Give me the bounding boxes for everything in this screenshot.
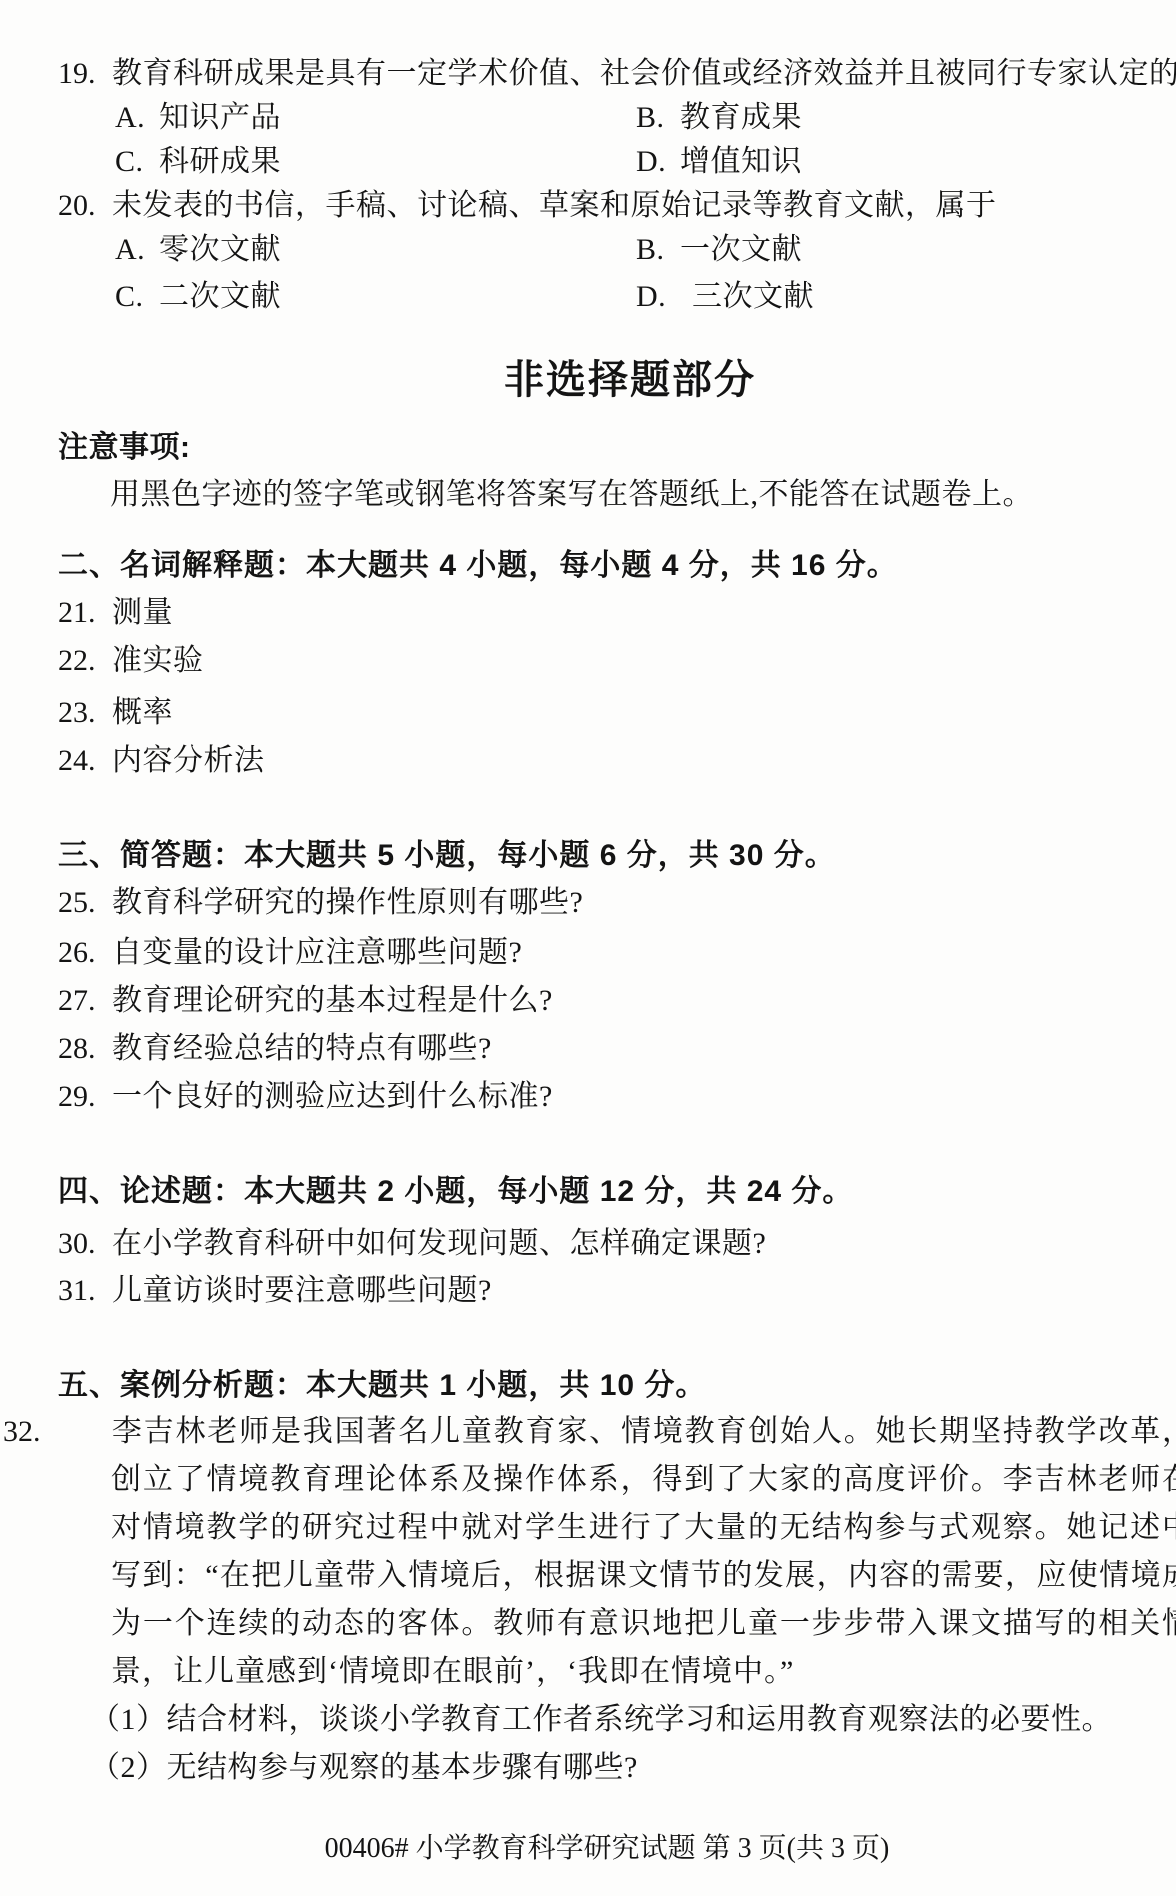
question-20-stem: 20.未发表的书信，手稿、讨论稿、草案和原始记录等教育文献，属于 (58, 188, 997, 224)
question-32-sub-2: （2）无结构参与观察的基本步骤有哪些? (90, 1750, 638, 1786)
section-2-title: 二、名词解释题：本大题共 4 小题，每小题 4 分，共 16 分。 (58, 548, 898, 584)
item-number: 28. (58, 1031, 112, 1067)
option-text: 一次文献 (680, 233, 802, 266)
question-20-option-d: D.三次文献 (636, 279, 814, 315)
section-4-title: 四、论述题：本大题共 2 小题，每小题 12 分，共 24 分。 (58, 1174, 853, 1210)
item-25: 25.教育科学研究的操作性原则有哪些? (58, 885, 583, 921)
item-28: 28.教育经验总结的特点有哪些? (58, 1031, 492, 1067)
item-number: 22. (58, 643, 112, 679)
page-footer: 00406# 小学教育科学研究试题 第 3 页(共 3 页) (325, 1826, 890, 1866)
option-label: B. (636, 232, 680, 268)
item-number: 31. (58, 1273, 112, 1309)
question-20-option-c: C.二次文献 (115, 279, 281, 315)
item-number: 26. (58, 935, 112, 971)
exam-page: 19.教育科研成果是具有一定学术价值、社会价值或经济效益并且被同行专家认定的 A… (0, 0, 1176, 1896)
item-text: 准实验 (112, 644, 204, 677)
question-19-option-b: B.教育成果 (636, 100, 802, 136)
option-label: C. (115, 279, 159, 315)
item-text: 测量 (112, 596, 173, 629)
question-20-option-b: B.一次文献 (636, 232, 802, 268)
part-header: 非选择题部分 (504, 348, 756, 405)
item-number: 23. (58, 695, 112, 731)
item-27: 27.教育理论研究的基本过程是什么? (58, 983, 553, 1019)
item-number: 27. (58, 983, 112, 1019)
item-text: 概率 (112, 696, 173, 729)
case-text: 李吉林老师是我国著名儿童教育家、情境教育创始人。她长期坚持教学改革，创立了情境教… (111, 1415, 1176, 1688)
option-text: 增值知识 (680, 145, 802, 178)
question-number: 20. (58, 188, 112, 224)
question-number: 19. (58, 56, 112, 92)
question-text: 教育科研成果是具有一定学术价值、社会价值或经济效益并且被同行专家认定的 (112, 57, 1176, 90)
item-number: 25. (58, 885, 112, 921)
option-text: 二次文献 (159, 280, 281, 313)
item-26: 26.自变量的设计应注意哪些问题? (58, 935, 522, 971)
item-text: 内容分析法 (112, 744, 265, 777)
item-text: 教育经验总结的特点有哪些? (112, 1032, 492, 1065)
option-label: A. (115, 100, 159, 136)
section-3-title: 三、简答题：本大题共 5 小题，每小题 6 分，共 30 分。 (58, 838, 836, 874)
item-text: 教育科学研究的操作性原则有哪些? (112, 886, 583, 919)
notice-title: 注意事项: (58, 430, 191, 466)
option-label: B. (636, 100, 680, 136)
item-21: 21.测量 (58, 595, 173, 631)
notice-body: 用黑色字迹的签字笔或钢笔将答案写在答题纸上,不能答在试题卷上。 (110, 477, 1033, 513)
question-19-option-c: C.科研成果 (115, 144, 281, 180)
section-5-title: 五、案例分析题：本大题共 1 小题，共 10 分。 (58, 1368, 706, 1404)
option-label: C. (115, 144, 159, 180)
option-text: 零次文献 (159, 233, 281, 266)
item-22: 22.准实验 (58, 643, 204, 679)
item-29: 29.一个良好的测验应达到什么标准? (58, 1079, 553, 1115)
item-number: 21. (58, 595, 112, 631)
question-32-sub-1: （1）结合材料，谈谈小学教育工作者系统学习和运用教育观察法的必要性。 (90, 1702, 1112, 1738)
question-20-option-a: A.零次文献 (115, 232, 281, 268)
question-text: 未发表的书信，手稿、讨论稿、草案和原始记录等教育文献，属于 (112, 189, 997, 222)
option-text: 知识产品 (159, 101, 281, 134)
item-23: 23.概率 (58, 695, 173, 731)
item-24: 24.内容分析法 (58, 743, 265, 779)
item-text: 教育理论研究的基本过程是什么? (112, 984, 553, 1017)
option-label: D. (636, 279, 692, 315)
question-32-case: 32.李吉林老师是我国著名儿童教育家、情境教育创始人。她长期坚持教学改革，创立了… (57, 1408, 1176, 1696)
item-text: 儿童访谈时要注意哪些问题? (112, 1274, 492, 1307)
item-31: 31.儿童访谈时要注意哪些问题? (58, 1273, 492, 1309)
question-19-stem: 19.教育科研成果是具有一定学术价值、社会价值或经济效益并且被同行专家认定的 (58, 56, 1176, 92)
item-number: 30. (58, 1226, 112, 1262)
question-19-option-d: D.增值知识 (636, 144, 802, 180)
item-text: 在小学教育科研中如何发现问题、怎样确定课题? (112, 1227, 766, 1260)
item-text: 一个良好的测验应达到什么标准? (112, 1080, 553, 1113)
item-text: 自变量的设计应注意哪些问题? (112, 936, 522, 969)
option-text: 教育成果 (680, 101, 802, 134)
option-label: D. (636, 144, 680, 180)
option-label: A. (115, 232, 159, 268)
option-text: 科研成果 (159, 145, 281, 178)
item-number: 29. (58, 1079, 112, 1115)
item-30: 30.在小学教育科研中如何发现问题、怎样确定课题? (58, 1226, 766, 1262)
question-number: 32. (57, 1408, 111, 1456)
item-number: 24. (58, 743, 112, 779)
question-19-option-a: A.知识产品 (115, 100, 281, 136)
option-text: 三次文献 (692, 280, 814, 313)
